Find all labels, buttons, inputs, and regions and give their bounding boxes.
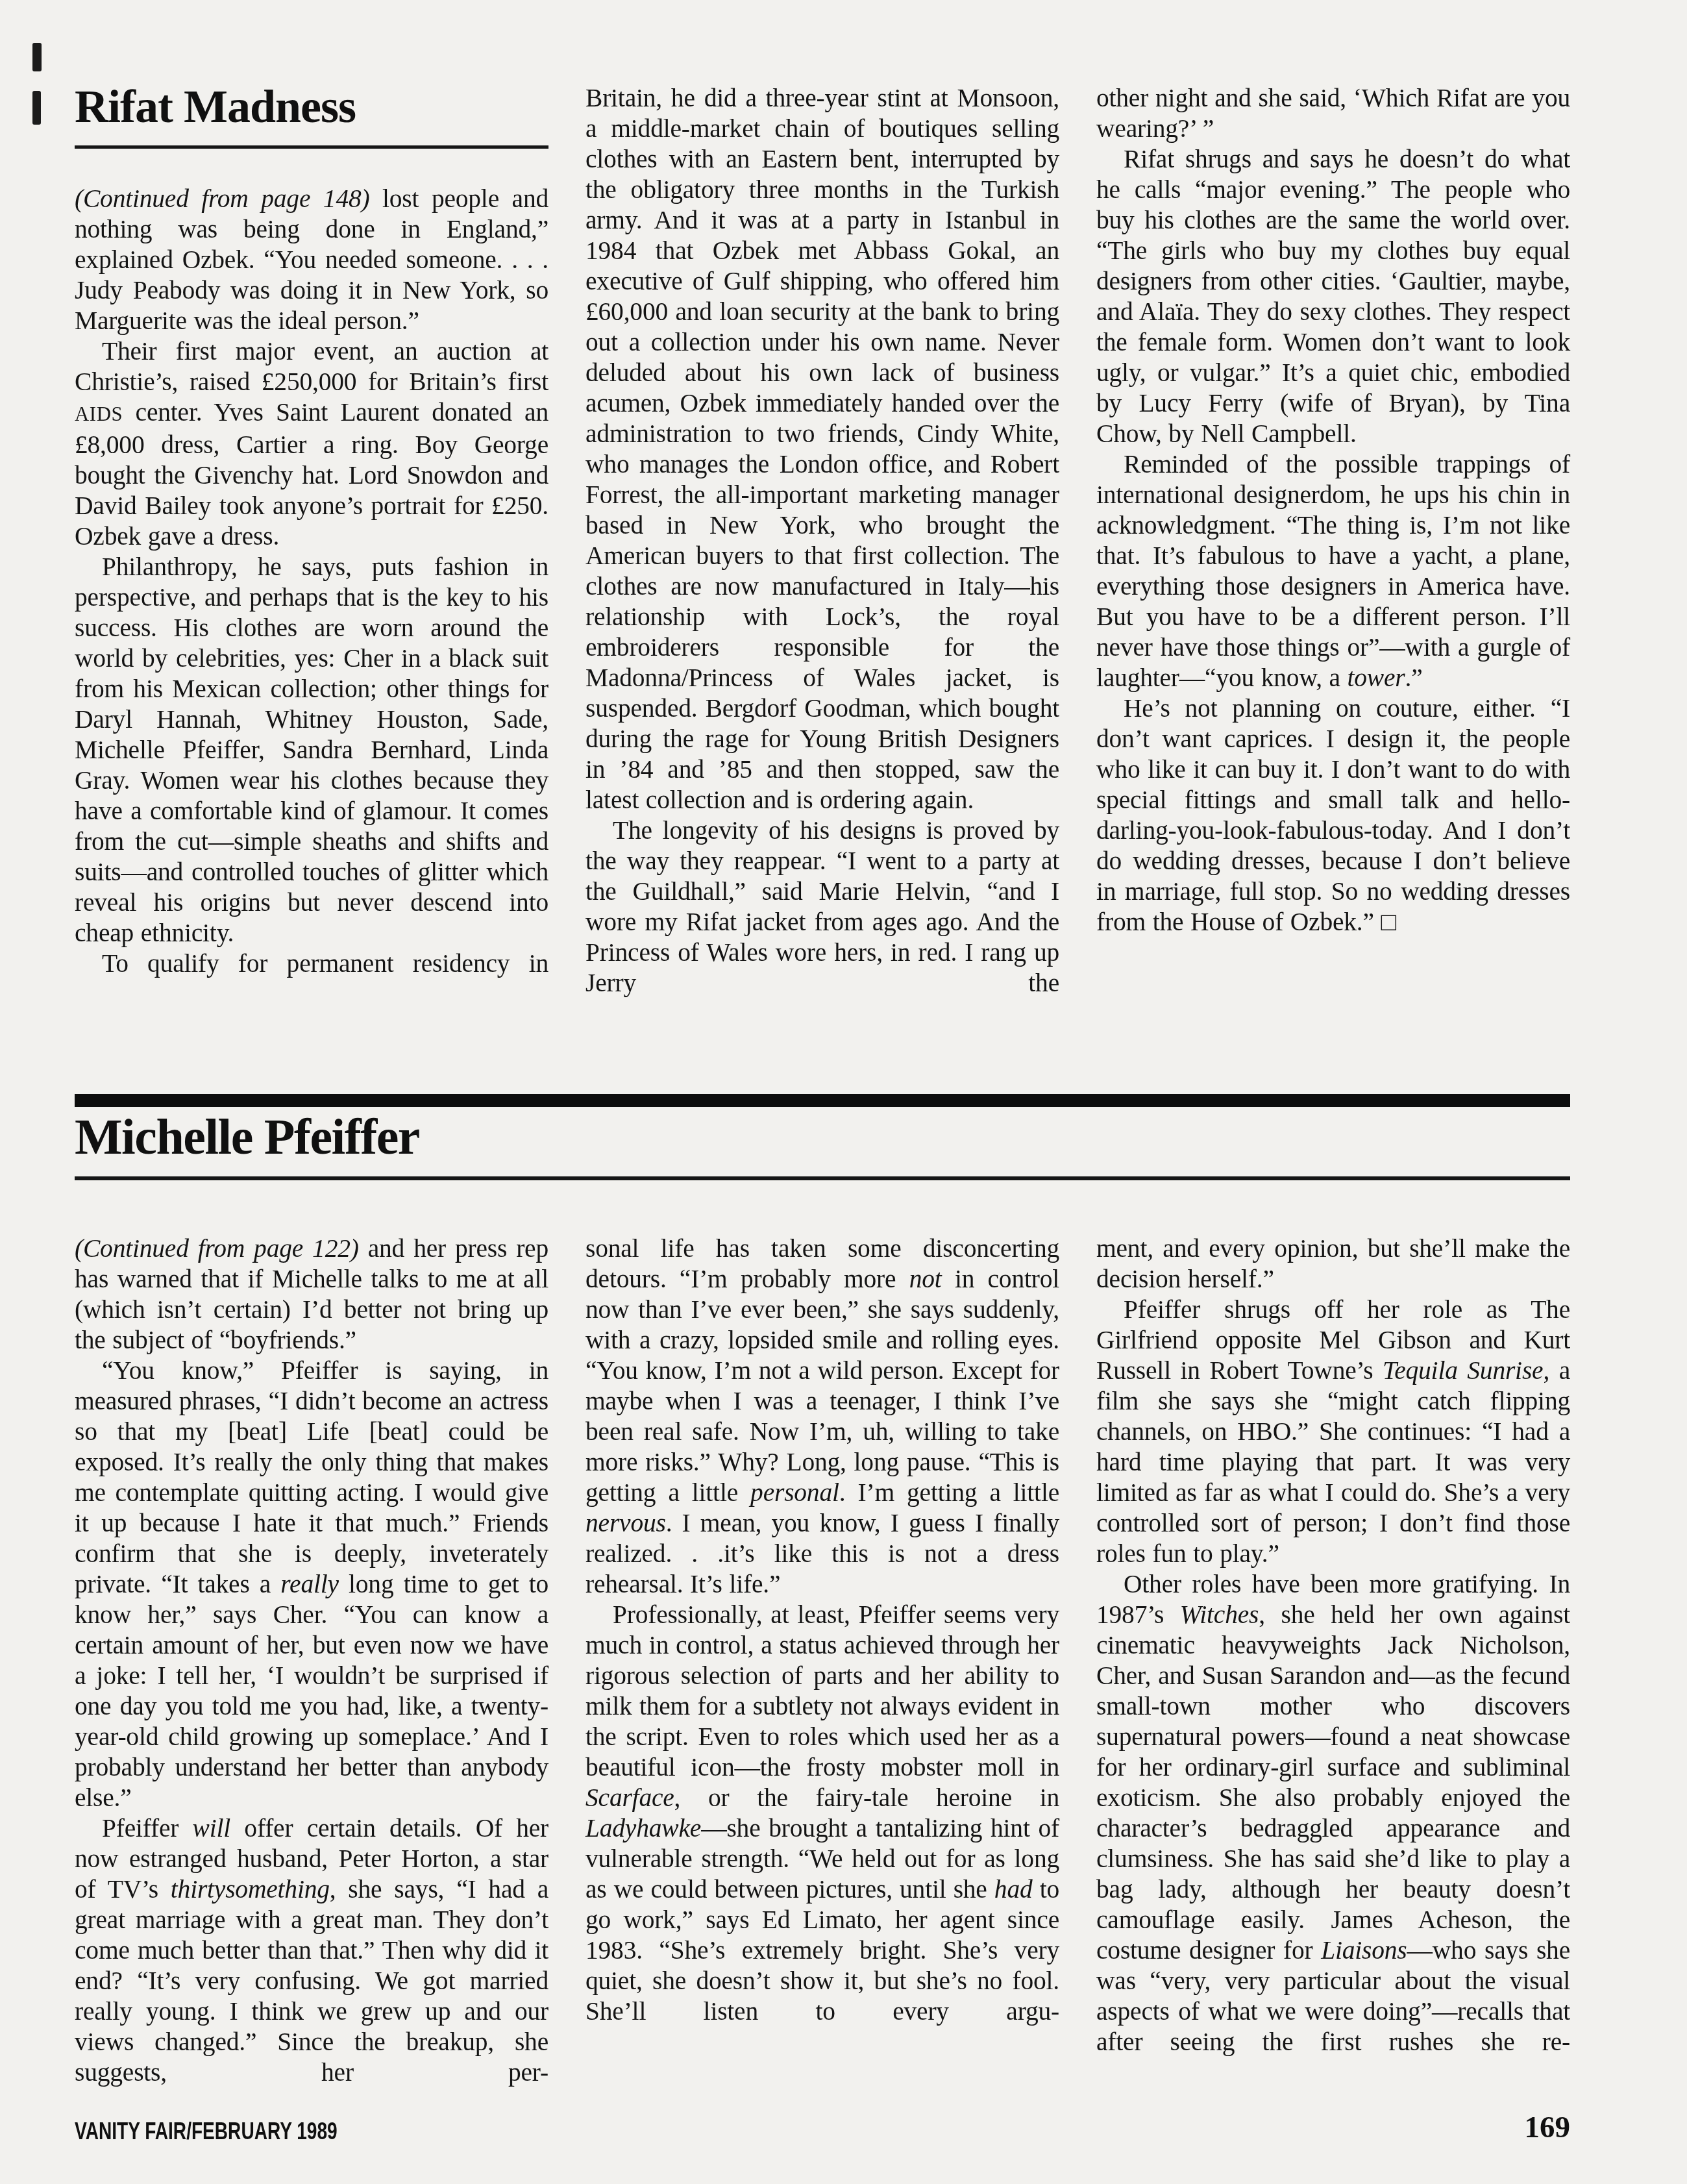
article-rifat-madness: Rifat Madness (Continued from page 148) …: [75, 83, 1570, 999]
italic-text: had: [994, 1875, 1033, 1904]
article-column-text: other night and she said, ‘Which Rifat a…: [1096, 83, 1570, 937]
body-text: , she held her own against cinematic hea…: [1096, 1600, 1570, 1965]
italic-text: Tequila Sunrise: [1383, 1356, 1543, 1385]
body-text: , she says, “I had a great marriage with…: [75, 1875, 548, 2087]
headline-rule: [75, 145, 548, 149]
article-column-text: Britain, he did a three-year stint at Mo…: [585, 83, 1059, 999]
page-footer: VANITY FAIR/FEBRUARY 1989 169: [75, 2110, 1570, 2149]
scan-artifact: [32, 91, 41, 125]
article-column-text: (Continued from page 122) and her press …: [75, 1234, 548, 2088]
paragraph: To qualify for permanent residency in: [75, 949, 548, 979]
headline-rule: [75, 1176, 1570, 1180]
paragraph: He’s not planning on couture, either. “I…: [1096, 693, 1570, 937]
italic-text: tower: [1348, 664, 1405, 692]
body-text: Pfeiffer: [102, 1814, 193, 1843]
italic-text: (Continued from page 148): [75, 184, 382, 213]
body-text: Philanthropy, he says, puts fashion in p…: [75, 552, 548, 947]
body-text: The longevity of his designs is proved b…: [585, 816, 1059, 997]
paragraph: Their first major event, an auction at C…: [75, 336, 548, 552]
paragraph: ment, and every opinion, but she’ll make…: [1096, 1234, 1570, 1295]
paragraph: The longevity of his designs is proved b…: [585, 815, 1059, 999]
body-text: He’s not planning on couture, either. “I…: [1096, 694, 1570, 936]
paragraph: Philanthropy, he says, puts fashion in p…: [75, 552, 548, 949]
paragraph: (Continued from page 122) and her press …: [75, 1234, 548, 1356]
scan-artifact: [32, 43, 42, 71]
body-text: Rifat shrugs and says he doesn’t do what…: [1096, 145, 1570, 448]
paragraph: Professionally, at least, Pfeiffer seems…: [585, 1600, 1059, 2027]
article-column-text: ment, and every opinion, but she’ll make…: [1096, 1234, 1570, 2057]
body-text: long time to get to know her,” says Cher…: [75, 1570, 548, 1812]
magazine-credit: VANITY FAIR/FEBRUARY 1989: [75, 2118, 338, 2145]
italic-text: thirtysomething: [171, 1875, 330, 1904]
body-text: , a film she says she “might catch flipp…: [1096, 1356, 1570, 1568]
body-text: in control now than I’ve ever been,” she…: [585, 1265, 1059, 1507]
article-column: Britain, he did a three-year stint at Mo…: [585, 83, 1059, 999]
small-caps-text: AIDS: [75, 403, 123, 425]
paragraph: “You know,” Pfeiffer is saying, in measu…: [75, 1356, 548, 1813]
paragraph: Pfeiffer will offer certain details. Of …: [75, 1813, 548, 2088]
page-number: 169: [1525, 2110, 1571, 2145]
paragraph: (Continued from page 148) lost people an…: [75, 184, 548, 336]
article-column: (Continued from page 122) and her press …: [75, 1234, 548, 2088]
article-michelle-pfeiffer: (Continued from page 122) and her press …: [75, 1234, 1570, 2088]
article-column-text: sonal life has taken some disconcerting …: [585, 1234, 1059, 2027]
paragraph: Pfeiffer shrugs off her role as The Girl…: [1096, 1295, 1570, 1569]
paragraph: Rifat shrugs and says he doesn’t do what…: [1096, 144, 1570, 449]
italic-text: (Continued from page 122): [75, 1234, 368, 1263]
article-title-rifat-madness: Rifat Madness: [75, 83, 548, 130]
paragraph: other night and she said, ‘Which Rifat a…: [1096, 83, 1570, 144]
article-header-michelle-pfeiffer: Michelle Pfeiffer: [75, 1111, 419, 1162]
body-text: , or the fairy-tale heroine in: [674, 1783, 1059, 1812]
article-column: sonal life has taken some disconcerting …: [585, 1234, 1059, 2088]
italic-text: really: [280, 1570, 338, 1598]
article-column-text: (Continued from page 148) lost people an…: [75, 184, 548, 979]
paragraph: Britain, he did a three-year stint at Mo…: [585, 83, 1059, 815]
body-text: center. Yves Saint Laurent donated an £8…: [75, 398, 548, 551]
italic-text: Liaisons: [1321, 1936, 1407, 1965]
italic-text: will: [193, 1814, 230, 1843]
body-text: Their first major event, an auction at C…: [75, 337, 548, 396]
italic-text: Witches: [1180, 1600, 1259, 1629]
paragraph: Reminded of the possible trappings of in…: [1096, 449, 1570, 693]
body-text: . I’m getting a little: [839, 1478, 1059, 1507]
body-text: Professionally, at least, Pfeiffer seems…: [585, 1600, 1059, 1781]
body-text: Britain, he did a three-year stint at Mo…: [585, 84, 1059, 814]
italic-text: not: [909, 1265, 942, 1293]
article-column: Rifat Madness (Continued from page 148) …: [75, 83, 548, 999]
article-title-michelle-pfeiffer: Michelle Pfeiffer: [75, 1111, 419, 1162]
italic-text: nervous: [585, 1509, 666, 1537]
magazine-page: Rifat Madness (Continued from page 148) …: [0, 0, 1687, 2184]
italic-text: Ladyhawke: [585, 1814, 701, 1843]
paragraph: sonal life has taken some disconcerting …: [585, 1234, 1059, 1600]
body-text: “You know,” Pfeiffer is saying, in measu…: [75, 1356, 548, 1598]
body-text: Reminded of the possible trappings of in…: [1096, 450, 1570, 692]
body-text: .”: [1405, 664, 1423, 692]
paragraph: Other roles have been more gratifying. I…: [1096, 1569, 1570, 2057]
body-text: ment, and every opinion, but she’ll make…: [1096, 1234, 1570, 1293]
article-column: other night and she said, ‘Which Rifat a…: [1096, 83, 1570, 999]
section-divider-bar: [75, 1094, 1570, 1107]
italic-text: personal: [750, 1478, 839, 1507]
body-text: other night and she said, ‘Which Rifat a…: [1096, 84, 1570, 143]
body-text: To qualify for permanent residency in: [102, 949, 548, 978]
article-column: ment, and every opinion, but she’ll make…: [1096, 1234, 1570, 2088]
italic-text: Scarface: [585, 1783, 674, 1812]
